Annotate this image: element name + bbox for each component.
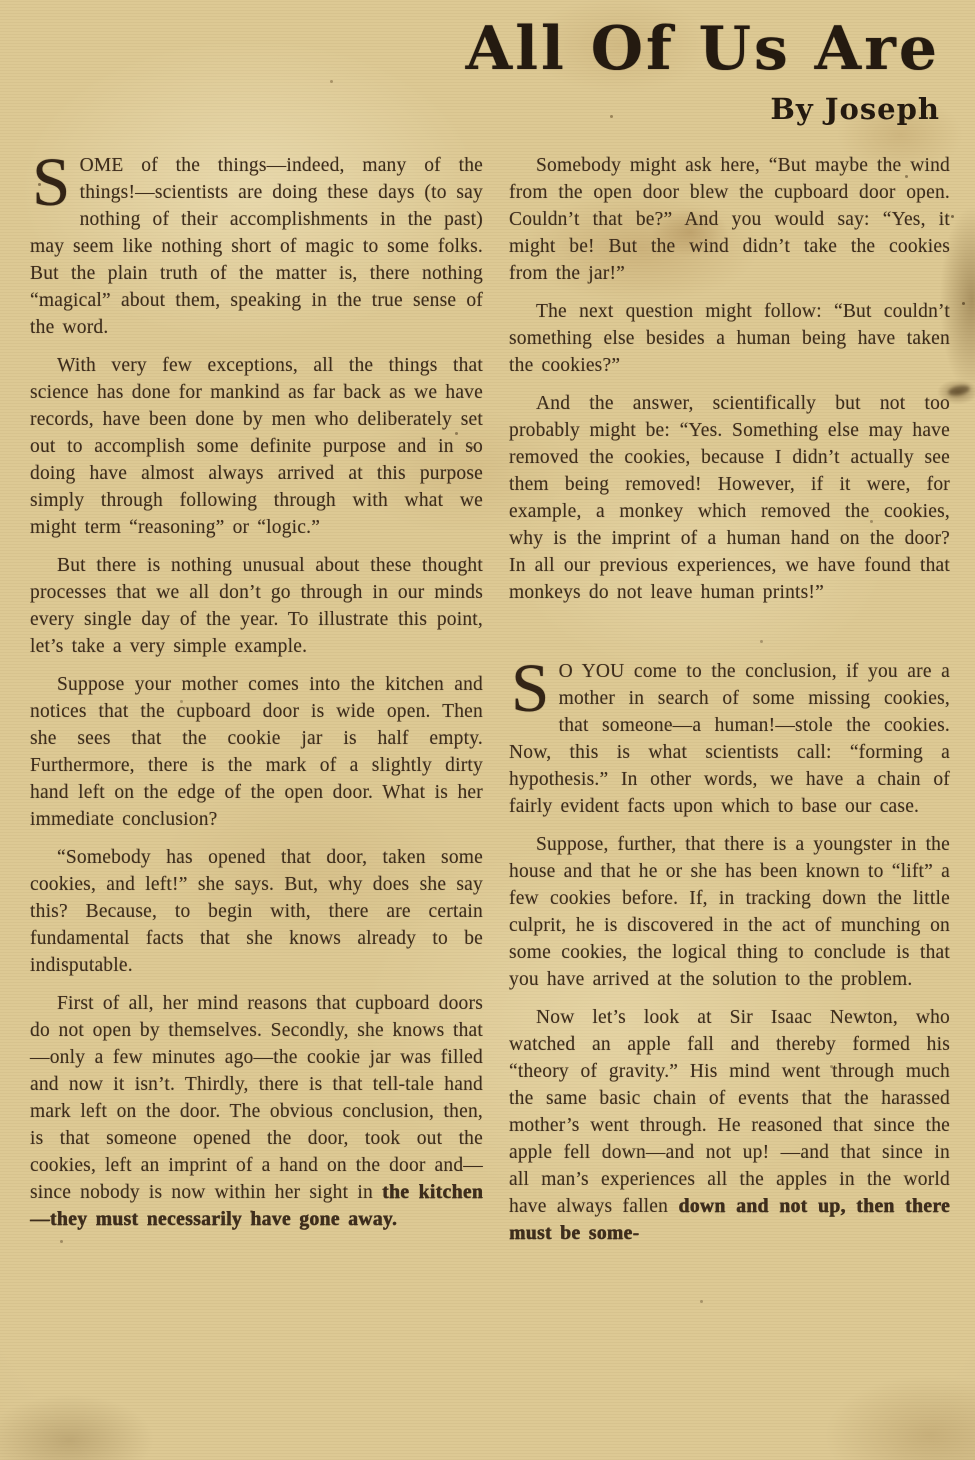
scanned-article-page: All Of Us Are By Joseph SOME of the thin…	[0, 0, 975, 1460]
paragraph-so-you: SO YOU come to the conclusion, if you ar…	[509, 658, 950, 820]
paragraph-isaac-newton: Now let’s look at Sir Isaac Newton, who …	[509, 1004, 950, 1247]
drop-cap: S	[509, 658, 559, 715]
byline: By Joseph	[0, 92, 940, 126]
right-column: Somebody might ask here, “But maybe the …	[509, 152, 950, 1258]
page-title: All Of Us Are	[0, 16, 940, 82]
paragraph-text: Now let’s look at Sir Isaac Newton, who …	[509, 1007, 950, 1217]
article-body: SOME of the things—indeed, many of the t…	[0, 126, 975, 1258]
paragraph-text: O YOU come to the conclusion, if you are…	[509, 661, 950, 817]
paragraph-exceptions: With very few exceptions, all the things…	[30, 352, 483, 541]
article-header: All Of Us Are By Joseph	[0, 0, 975, 126]
drop-cap: S	[30, 152, 80, 209]
paper-speckles	[0, 0, 3, 3]
paragraph-text: First of all, her mind reasons that cupb…	[30, 993, 483, 1203]
paragraph-text: OME of the things—indeed, many of the th…	[30, 155, 483, 338]
paragraph-suppose-further: Suppose, further, that there is a youngs…	[509, 831, 950, 993]
paragraph-first-of-all: First of all, her mind reasons that cupb…	[30, 990, 483, 1233]
paragraph-somebody-might-ask: Somebody might ask here, “But maybe the …	[509, 152, 950, 287]
paragraph-the-answer: And the answer, scientifically but not t…	[509, 390, 950, 606]
paragraph-mother-kitchen: Suppose your mother comes into the kitch…	[30, 671, 483, 833]
paragraph-intro: SOME of the things—indeed, many of the t…	[30, 152, 483, 341]
paragraph-somebody-opened: “Somebody has opened that door, taken so…	[30, 844, 483, 979]
left-column: SOME of the things—indeed, many of the t…	[30, 152, 483, 1244]
paragraph-thought-processes: But there is nothing unusual about these…	[30, 552, 483, 660]
paragraph-next-question: The next question might follow: “But cou…	[509, 298, 950, 379]
